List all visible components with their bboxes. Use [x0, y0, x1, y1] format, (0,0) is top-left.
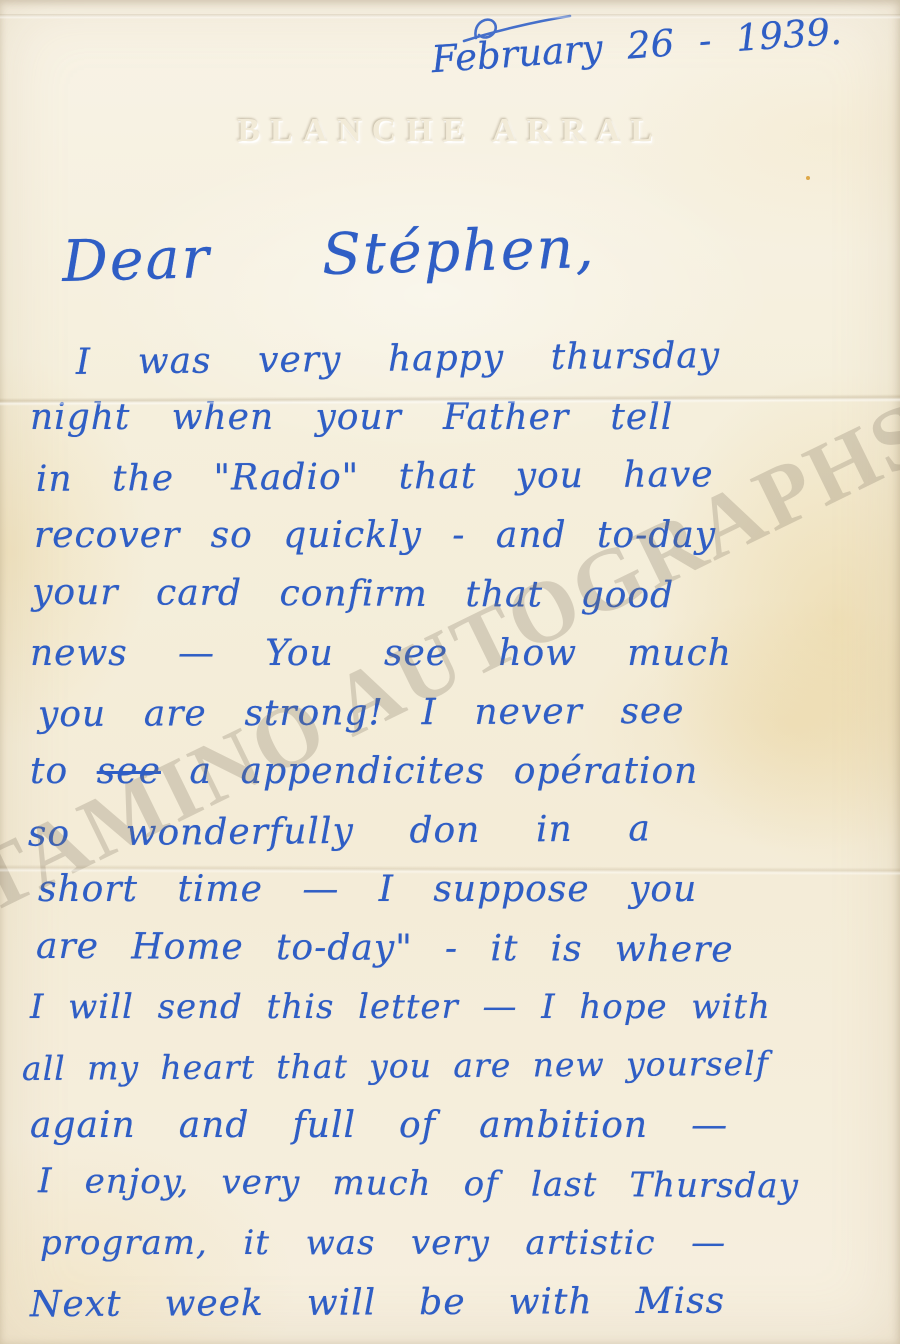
letter-line: I will send this letter — I hope with [0, 987, 900, 1046]
letter-page: February 26 - 1939. BLANCHE ARRAL Dear S… [0, 0, 900, 1344]
letter-line: again and full of ambition — [0, 1105, 900, 1164]
letter-line: I enjoy, very much of last Thursday [0, 1161, 900, 1226]
letter-line: your card confirm that good [0, 572, 900, 636]
letter-line: so wonderfully don in a [0, 806, 900, 873]
letter-line: recover so quickly - and to-day [0, 515, 900, 574]
letter-line: night when your Father tell [0, 397, 900, 456]
letter-line: to see a appendicites opération [0, 751, 900, 810]
letter-line: short time — I suppose you [0, 869, 900, 928]
letter-line: program, it was very artistic — [0, 1223, 900, 1282]
struck-word: see [97, 751, 161, 792]
letter-line: you are strong! I never see [0, 690, 900, 754]
letter-line: I was very happy thursday [0, 333, 900, 401]
salutation: Dear Stéphen, [61, 215, 596, 295]
letter-line: all my heart that you are new yourself [0, 1043, 900, 1108]
letterhead-embossed-name: BLANCHE ARRAL [0, 112, 900, 150]
letter-line: Next week will be with Miss [0, 1280, 900, 1344]
letter-line: news — You see how much [0, 633, 900, 692]
letter-line: are Home to-day" - it is where [0, 926, 900, 990]
letter-body: I was very happy thursdaynight when your… [0, 338, 900, 1341]
paper-speck [806, 176, 810, 180]
letter-line: in the "Radio" that you have [0, 453, 900, 518]
